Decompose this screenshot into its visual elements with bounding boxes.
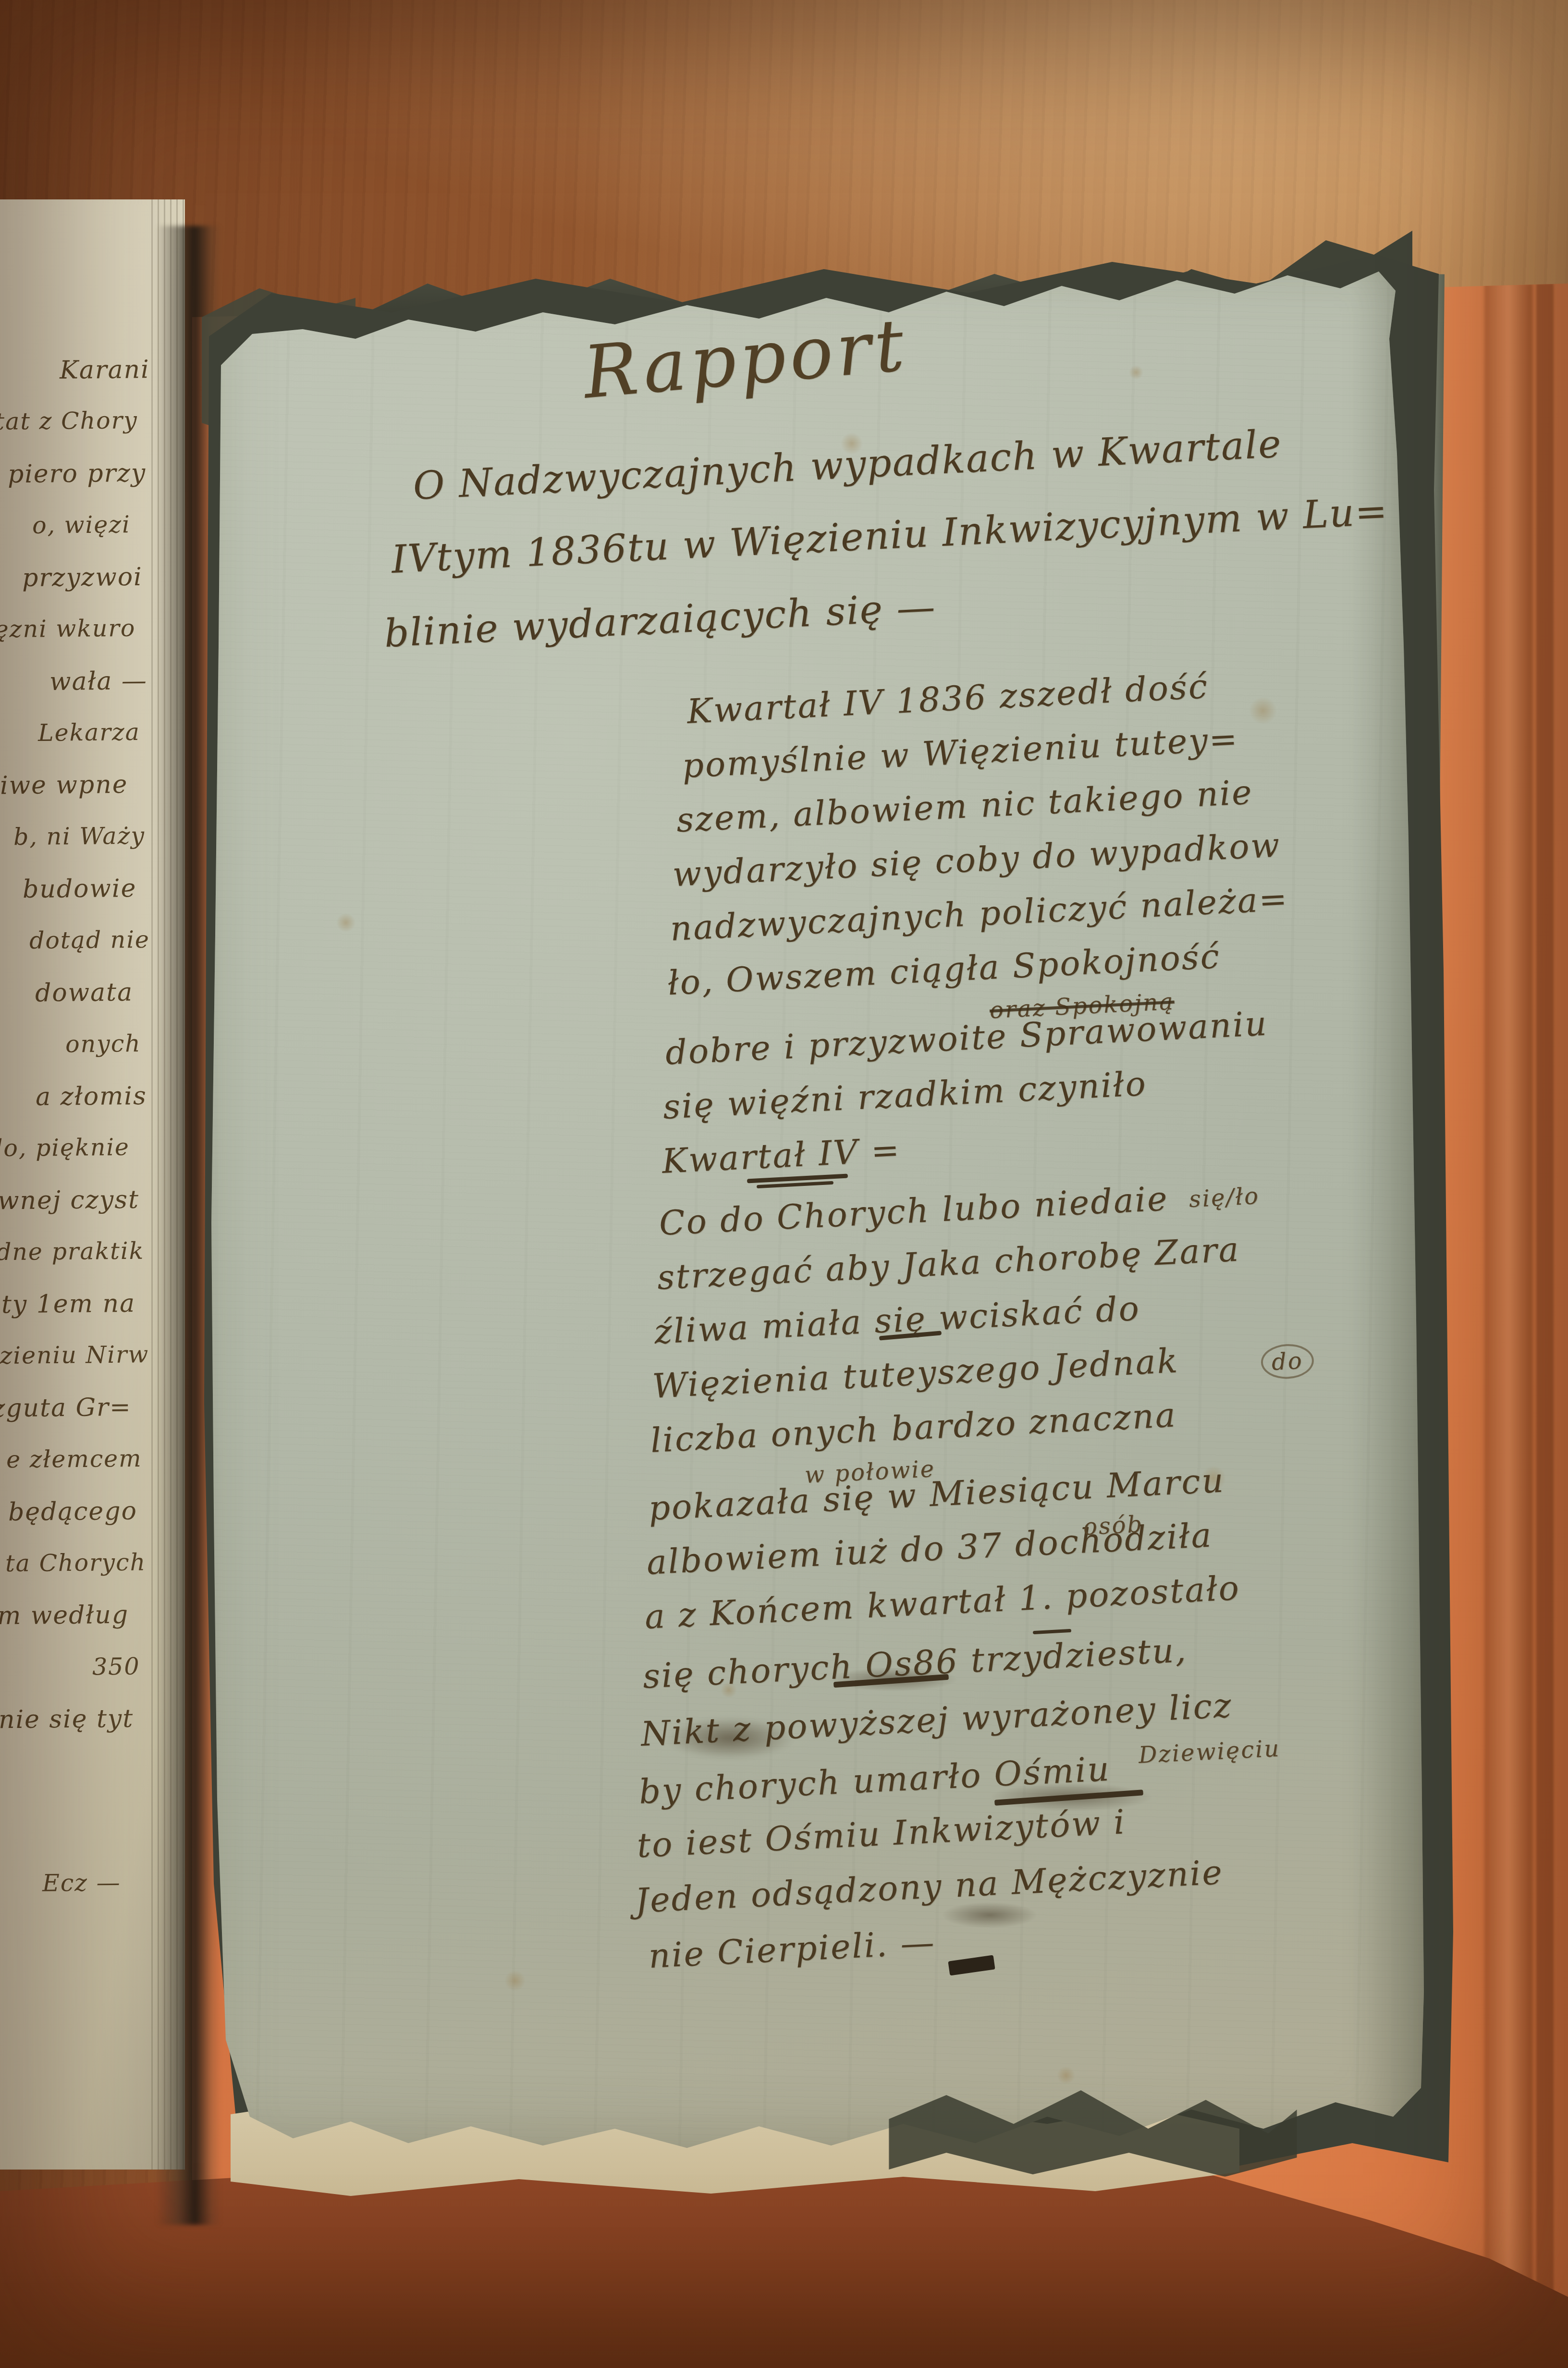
handwritten-body-line: szem, albowiem nic takiego nie [675, 772, 1254, 840]
header-line-2: IVtym 1836tu w Więzieniu Inkwizycyjnym w… [391, 489, 1389, 582]
superscript-note: się/ło [1188, 1183, 1261, 1213]
handwritten-body-line: nie Cierpieli. — [648, 1923, 936, 1976]
left-page-line-fragment: więzieniu Nirw [0, 1341, 149, 1370]
handwritten-body-line: strzegać aby Jaka chorobę Zara [656, 1230, 1241, 1297]
inserted-word-osob: osób [1083, 1511, 1144, 1541]
left-page-line-fragment: wnej czyst [0, 1185, 139, 1216]
handwritten-body-line: a z Końcem kwartał 1. pozostało [644, 1568, 1241, 1637]
handwritten-body-line: Kwartał IV 1836 zszedł dość [686, 666, 1210, 731]
left-page-line-fragment: zguta Gr= [0, 1393, 132, 1423]
document-photograph: Karanizostat z Chorypiero przyo, więzipr… [0, 0, 1568, 2368]
inserted-word-dziewieciu: Dziewięciu [1138, 1735, 1281, 1769]
handwritten-body-line: Jeden odsądzony na Mężczyznie [634, 1852, 1224, 1921]
left-page-line-fragment: będącego [8, 1497, 137, 1527]
underline-mark [1033, 1629, 1071, 1634]
left-page-line-fragment: piero przy [7, 459, 146, 489]
handwritten-body-line: Kwartał IV = [661, 1130, 902, 1181]
header-line-3: blinie wydarzaiących się — [383, 584, 937, 656]
left-page-line-fragment: nie się tyt [0, 1704, 134, 1734]
paper-stain [1057, 2066, 1075, 2084]
left-page-line-fragment: przyzwoi [22, 563, 143, 592]
main-report-page: Rapport O Nadzwyczajnych wypadkach w Kwa… [207, 262, 1427, 2155]
left-page-line-fragment: ta Chorych [5, 1549, 147, 1578]
left-page-line-fragment: onych [65, 1030, 141, 1058]
left-page-line-fragment: 350 [92, 1653, 140, 1681]
left-page-line-fragment: b, ni Waży [13, 822, 146, 851]
handwritten-body-line: pomyślnie w Więzieniu tutey= [681, 719, 1239, 786]
left-page-line-fragment: a złomis [36, 1082, 147, 1111]
ink-blot [942, 1902, 1038, 1928]
left-page-line-fragment: iwe wpne [0, 770, 128, 800]
left-page-line-fragment: do, pięknie [0, 1134, 130, 1162]
paper-stain [1249, 697, 1277, 725]
paper-stain [504, 1970, 526, 1991]
handwritten-body-line: dobre i przyzwoite Sprawowaniu [664, 1004, 1269, 1073]
left-page-line-fragment: dowata [35, 978, 134, 1008]
handwritten-body-line: Co do Chorych lubo niedaie [658, 1179, 1169, 1243]
left-page-line-fragment: ięzni wkuro [0, 615, 135, 643]
handwritten-body-line: się więźni rzadkim czyniło [662, 1064, 1148, 1127]
handwritten-body-line: liczba onych bardzo znaczna [649, 1395, 1177, 1460]
folder-crease [1484, 284, 1532, 2368]
handwritten-body-line: to iest Ośmiu Inkwizytów i [636, 1802, 1127, 1865]
closing-dash-blot [948, 1955, 995, 1976]
left-page-line-fragment: zostat z Chory [0, 407, 138, 435]
paper-stain [336, 913, 355, 932]
inserted-word-do: do [1260, 1343, 1314, 1380]
folder-fold-shadow [1536, 284, 1554, 2368]
left-page-line-fragment: e złemcem [6, 1445, 142, 1473]
left-page-line-fragment: ty 1em na [1, 1289, 136, 1319]
left-page-line-fragment: dne praktik [0, 1237, 144, 1266]
paper-stain [1129, 365, 1143, 380]
ink-blot [829, 1667, 958, 1691]
left-page-line-fragment: wała — [49, 666, 147, 696]
handwritten-body-line: źliwa miała się wciskać do [653, 1289, 1141, 1352]
left-page-line-fragment: Ecz — [42, 1869, 121, 1897]
ink-blot [990, 1783, 1153, 1812]
left-page-line-fragment: am według [0, 1601, 129, 1631]
handwritten-body-line: Więzienia tuteyszego Jednak [651, 1341, 1180, 1406]
left-page-line-fragment: dotąd nie [29, 926, 150, 954]
left-page-line-fragment: Lekarza [38, 718, 140, 747]
left-page-line-fragment: budowie [22, 874, 136, 904]
left-page-line-fragment: Karani [60, 355, 150, 385]
left-page-line-fragment: o, więzi [32, 511, 131, 539]
ink-smudge [668, 1718, 793, 1759]
